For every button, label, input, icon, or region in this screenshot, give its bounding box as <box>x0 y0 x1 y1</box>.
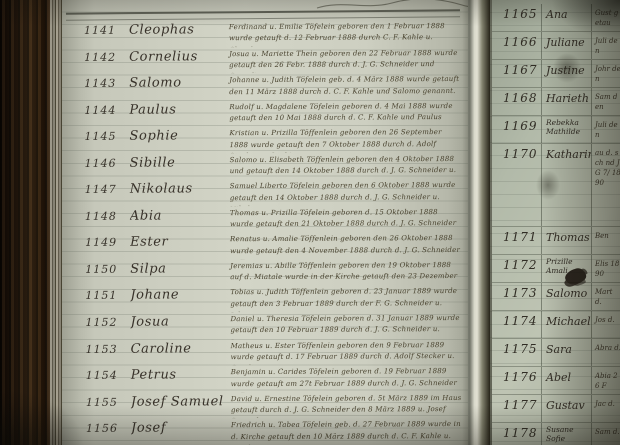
entry-name: Michael <box>542 311 592 338</box>
left-entry-list: 1141 Cleophas Ferdinand u. Emilie Töfele… <box>62 19 468 445</box>
entry-description: Johanne u. Judith Töfelein geb. d. 4 Mär… <box>229 72 467 100</box>
entry-description: Jeremias u. Abille Töffenlein geboren de… <box>230 258 468 286</box>
entry-number: 1147 <box>62 180 130 207</box>
entry-number: 1151 <box>62 286 130 313</box>
entry-number: 1149 <box>62 233 130 260</box>
pen-flourish <box>312 0 468 12</box>
entry-name: Nikolaus <box>130 179 230 206</box>
entry-description: Renatus u. Amalie Töffenlein geboren den… <box>230 231 468 259</box>
entry-text-fragment: Abia 26 F <box>592 367 620 394</box>
register-row: 1156 Josef Friedrich u. Tabea Töfelein g… <box>63 417 468 445</box>
register-row: 1178 Susane Sofie Sam d. <box>492 423 620 445</box>
register-row: 1149 Ester Renatus u. Amalie Töffenlein … <box>62 231 468 260</box>
entry-text-fragment: Ben <box>592 227 620 254</box>
entry-name: Harieth <box>542 88 592 115</box>
entry-name: Gustav <box>542 395 592 422</box>
entry-number: 1173 <box>492 283 542 310</box>
entry-description: David u. Ernestine Töfelein geboren d. 5… <box>231 391 468 419</box>
page-gutter <box>462 0 490 445</box>
entry-text-fragment: Juli den <box>592 32 620 59</box>
entry-number: 1167 <box>492 60 542 87</box>
entry-name: Petrus <box>131 365 231 392</box>
entry-name: Susane Sofie <box>542 423 592 445</box>
entry-number: 1178 <box>492 423 542 445</box>
entry-name: Cleophas <box>129 20 229 47</box>
entry-number: 1146 <box>62 153 130 180</box>
entry-name: Rebekka Mathilde <box>542 116 592 143</box>
entry-text-fragment: Abra d. <box>592 339 620 366</box>
register-row: 1168 Harieth Sam den <box>492 88 620 116</box>
entry-name: Cornelius <box>129 47 229 74</box>
entry-number: 1155 <box>63 392 131 419</box>
entry-name: Abia <box>130 206 230 233</box>
register-row: 1152 Josua Daniel u. Theresia Töfelein g… <box>62 311 468 340</box>
entry-name: Salomo <box>129 73 229 100</box>
register-row: 1148 Abia Thomas u. Prizilla Töfelein ge… <box>62 205 468 234</box>
entry-description: Matheus u. Ester Töffenlein geboren den … <box>231 337 468 365</box>
entry-description: Tobias u. Judith Töffenlein geboren d. 2… <box>230 284 468 312</box>
entry-name: Thomas <box>542 227 592 254</box>
entry-number: 1144 <box>62 100 129 127</box>
register-row: 1145 Sophie Kristian u. Prizilla Töffenl… <box>62 125 468 154</box>
register-row: 1177 Gustav Jac d. <box>492 395 620 423</box>
entry-number: 1153 <box>63 339 131 366</box>
entry-number: 1154 <box>63 366 131 393</box>
entry-name: Silpa <box>130 259 230 286</box>
entry-name: Josef Samuel <box>131 392 231 419</box>
entry-number: 1177 <box>492 395 542 422</box>
entry-name: Johane <box>130 286 230 313</box>
entry-number: 1165 <box>492 4 542 31</box>
register-row: 1173 Salomo Mart d. <box>492 283 620 311</box>
entry-description: Josua u. Mariette Thein geboren den 22 F… <box>229 45 467 73</box>
register-row: 1143 Salomo Johanne u. Judith Töfelein g… <box>62 72 467 101</box>
register-row: 1150 Silpa Jeremias u. Abille Töffenlein… <box>62 258 468 287</box>
entry-number: 1176 <box>492 367 542 394</box>
register-row: 1165 Ana Gust getau <box>492 4 620 32</box>
entry-name: Josef <box>131 418 231 445</box>
entry-number: 1169 <box>492 116 542 143</box>
smudge-stain <box>532 165 564 205</box>
entry-text-fragment: Elis 1890 <box>592 255 620 282</box>
register-row: 1146 Sibille Salomo u. Elisabeth Töffenl… <box>62 152 468 181</box>
entry-text-fragment: Mart d. <box>592 283 620 310</box>
entry-text-fragment: Juli den <box>592 116 620 143</box>
register-row: 1155 Josef Samuel David u. Ernestine Töf… <box>63 391 468 420</box>
entry-name: Salomo <box>542 283 592 310</box>
left-page: 1141 Cleophas Ferdinand u. Emilie Töfele… <box>62 0 468 445</box>
entry-name: Sophie <box>129 126 229 153</box>
register-photo: 1141 Cleophas Ferdinand u. Emilie Töfele… <box>0 0 620 445</box>
entry-description: Rudolf u. Magdalene Töfelein geboren d. … <box>229 99 467 127</box>
entry-number: 1174 <box>492 311 542 338</box>
register-row: 1144 Paulus Rudolf u. Magdalene Töfelein… <box>62 99 467 128</box>
register-row: 1176 Abel Abia 26 F <box>492 367 620 395</box>
entry-number: 1142 <box>62 47 129 74</box>
entry-name: Sibille <box>130 153 230 180</box>
register-row: 1142 Cornelius Josua u. Mariette Thein g… <box>62 45 467 74</box>
entry-description: Daniel u. Theresia Töfelein geboren d. 3… <box>230 311 468 339</box>
entry-text-fragment: Jac d. <box>592 395 620 422</box>
entry-name: Abel <box>542 367 592 394</box>
entry-text-fragment: Johr den <box>592 60 620 87</box>
entry-name: Paulus <box>129 100 229 127</box>
entry-name: Caroline <box>131 339 231 366</box>
entry-description: Ferdinand u. Emilie Töfelein geboren den… <box>229 19 467 47</box>
entry-number: 1152 <box>62 313 130 340</box>
entry-description: Kristian u. Prizilla Töffenlein geboren … <box>229 125 467 153</box>
register-row: 1174 Michael Jos d. <box>492 311 620 339</box>
entry-text-fragment: Sam d. <box>592 423 620 445</box>
register-row: 1141 Cleophas Ferdinand u. Emilie Töfele… <box>62 19 467 48</box>
entry-name: Sara <box>542 339 592 366</box>
entry-description: Friedrich u. Tabea Töfelein geb. d. 27 F… <box>231 417 468 445</box>
entry-number: 1168 <box>492 88 542 115</box>
entry-description: Benjamin u. Carides Töfelein geboren d. … <box>231 364 468 392</box>
entry-number: 1141 <box>62 21 129 48</box>
entry-number: 1175 <box>492 339 542 366</box>
entry-text-fragment: Jos d. <box>592 311 620 338</box>
entry-name: Josua <box>130 312 230 339</box>
entry-description: Salomo u. Elisabeth Töffenlein geboren d… <box>230 152 468 180</box>
entry-name: Ester <box>130 233 230 260</box>
entry-number: 1171 <box>492 227 542 254</box>
entry-text-fragment: Gust getau <box>592 4 620 31</box>
entry-text-fragment: Sam den <box>592 88 620 115</box>
entry-text-fragment: au d. sch nd J G 7/ 1890 <box>592 144 620 226</box>
register-row: 1153 Caroline Matheus u. Ester Töffenlei… <box>63 337 468 366</box>
register-row: 1172 Prizille Amali Elis 1890 <box>492 255 620 283</box>
entry-number: 1150 <box>62 260 130 287</box>
register-row: 1151 Johane Tobias u. Judith Töffenlein … <box>62 284 468 313</box>
entry-number: 1143 <box>62 74 129 101</box>
register-row: 1175 Sara Abra d. <box>492 339 620 367</box>
entry-name: Ana <box>542 4 592 31</box>
register-row: 1147 Nikolaus Samuel Liberto Töfelein ge… <box>62 178 468 207</box>
entry-number: 1145 <box>62 127 130 154</box>
entry-number: 1166 <box>492 32 542 59</box>
entry-description: Samuel Liberto Töfelein geboren den 6 Ok… <box>230 178 468 206</box>
register-row: 1154 Petrus Benjamin u. Carides Töfelein… <box>63 364 468 393</box>
smudge-stain <box>548 48 586 88</box>
entry-description: Thomas u. Prizilla Töfelein geboren d. 1… <box>230 205 468 233</box>
entry-number: 1172 <box>492 255 542 282</box>
entry-number: 1148 <box>62 207 130 234</box>
register-row: 1171 Thomas Ben <box>492 227 620 255</box>
register-row: 1169 Rebekka Mathilde Juli den <box>492 116 620 144</box>
entry-number: 1156 <box>63 419 131 445</box>
